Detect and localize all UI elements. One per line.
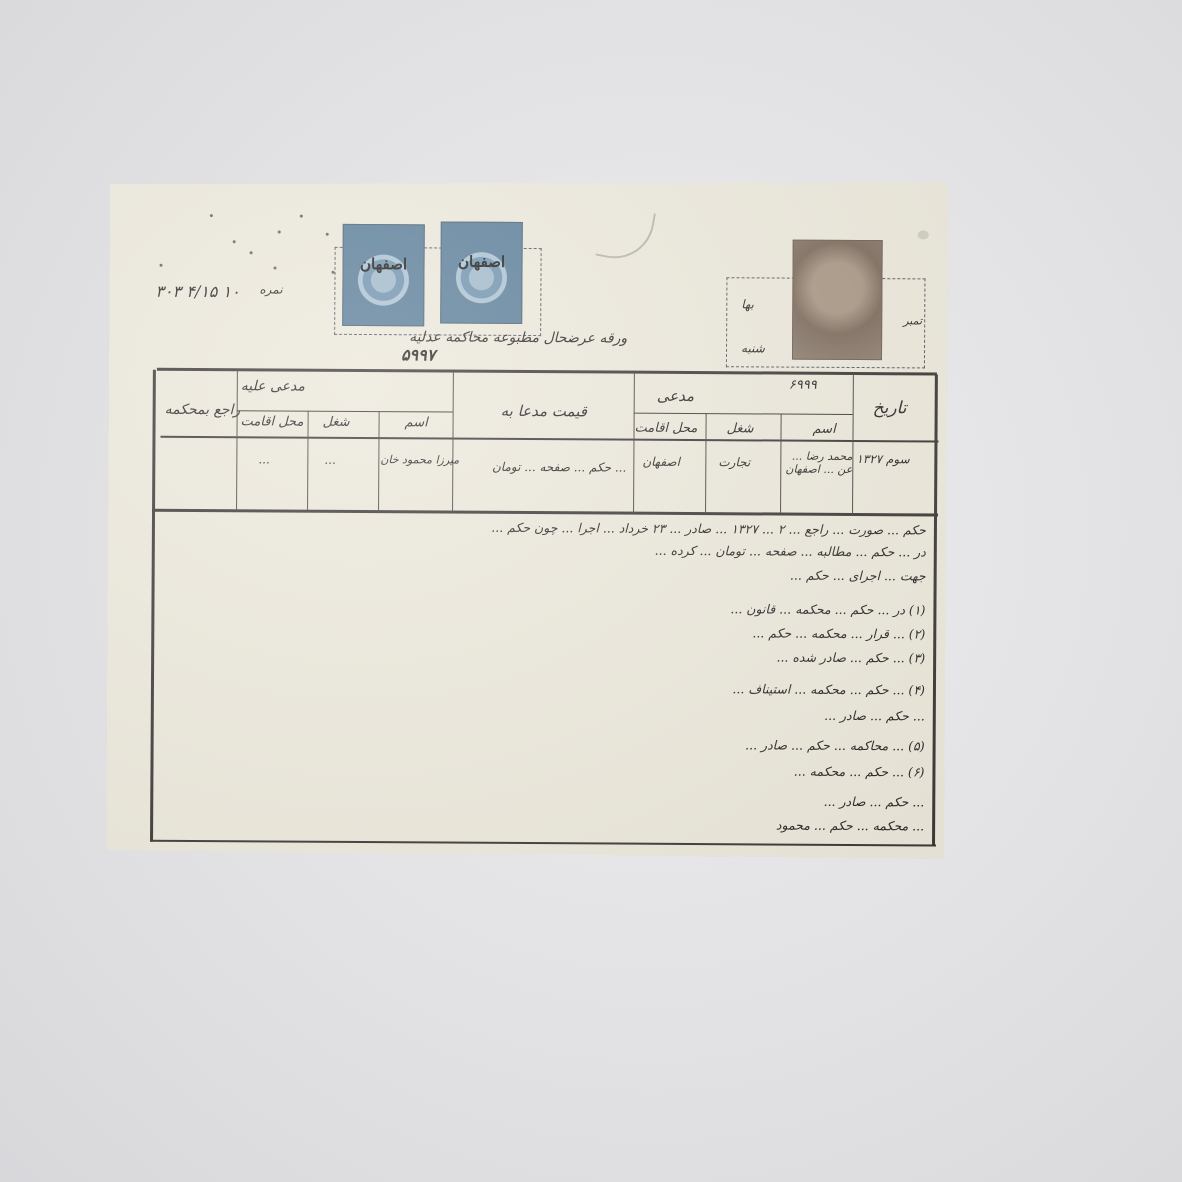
body-line: (۲) ... قرار ... محکمه ... حکم ... <box>407 623 925 641</box>
header-defendant: مدعی علیه <box>241 378 305 394</box>
header-claim-value: قیمت مدعا به <box>501 402 587 421</box>
header-plaintiff-residence: محل اقامت <box>635 421 698 436</box>
cell-plaintiff-occupation: تجارت <box>718 455 750 469</box>
body-line: حکم ... صورت ... راجع ... ۲ ... ۱۳۲۷ ...… <box>148 518 926 538</box>
petition-document: ۱۰ ۴/۱۵ ۳۰۳ نمره اصفهان اصفهان بها شنبه … <box>106 177 948 858</box>
form-title: ورقه عرضحال مطبوعه محاکمه عدلیه <box>409 329 627 346</box>
header-court-reference: راجع بمحکمه <box>165 402 241 418</box>
cell-defendant-occupation: ... <box>324 453 336 467</box>
serial-number: ۵۹۹۷ <box>401 345 435 364</box>
body-line: (۶) ... حکم ... محکمه ... <box>146 760 924 780</box>
revenue-stamp <box>792 240 883 361</box>
body-line: (۴) ... حکم ... محکمه ... استیناف ... <box>147 678 925 698</box>
header-date: تاریخ <box>873 398 907 418</box>
revenue-box-text-1: بها <box>741 297 754 311</box>
cancellation-box <box>334 247 542 336</box>
postage-stamp-1: اصفهان <box>342 224 425 326</box>
header-plaintiff: مدعی <box>657 387 694 405</box>
revenue-box-text-2: تمبر <box>903 314 922 327</box>
right-number: ۶۹۹۹ <box>789 378 817 393</box>
header-plaintiff-occupation: شغل <box>727 421 754 436</box>
body-line: (۳) ... حکم ... صادر شده ... <box>467 648 925 666</box>
header-defendant-name: اسم <box>405 415 428 430</box>
paper-hole <box>918 230 929 239</box>
body-line: (۵) ... محاکمه ... حکم ... صادر ... <box>187 734 925 754</box>
cell-plaintiff-residence: اصفهان <box>642 455 680 469</box>
body-line: ... حکم ... صادر ... <box>387 705 925 723</box>
revenue-stamp-box <box>726 277 926 368</box>
body-line: در ... حکم ... مطالبه ... صفحه ... تومان… <box>148 540 926 560</box>
cell-defendant-name: میرزا محمود خان <box>380 453 459 466</box>
cell-plaintiff-name: محمد رضا ... عن ... اصفهان <box>782 450 852 476</box>
body-line: ... محکمه ... حکم ... محمود <box>466 816 924 834</box>
header-plaintiff-name: اسم <box>813 422 836 437</box>
header-defendant-occupation: شغل <box>323 415 350 430</box>
reference-label: نمره <box>259 282 282 296</box>
cell-date: سوم ۱۳۲۷ <box>856 452 909 466</box>
reference-number: ۱۰ ۴/۱۵ ۳۰۳ <box>155 282 239 302</box>
body-line: ... حکم ... صادر ... <box>466 792 924 810</box>
header-defendant-residence: محل اقامت <box>241 414 304 429</box>
cell-defendant-residence: ... <box>258 452 270 466</box>
revenue-box-text-3: شنبه <box>741 341 765 355</box>
body-line: جهت ... اجرای ... حکم ... <box>408 565 926 583</box>
pencil-mark <box>595 204 655 264</box>
postage-stamp-2: اصفهان <box>440 221 523 323</box>
body-line: (۱) در ... حکم ... محکمه ... قانون ... <box>227 598 925 617</box>
cell-claim-value: ... حکم ... صفحه ... تومان <box>466 452 626 483</box>
